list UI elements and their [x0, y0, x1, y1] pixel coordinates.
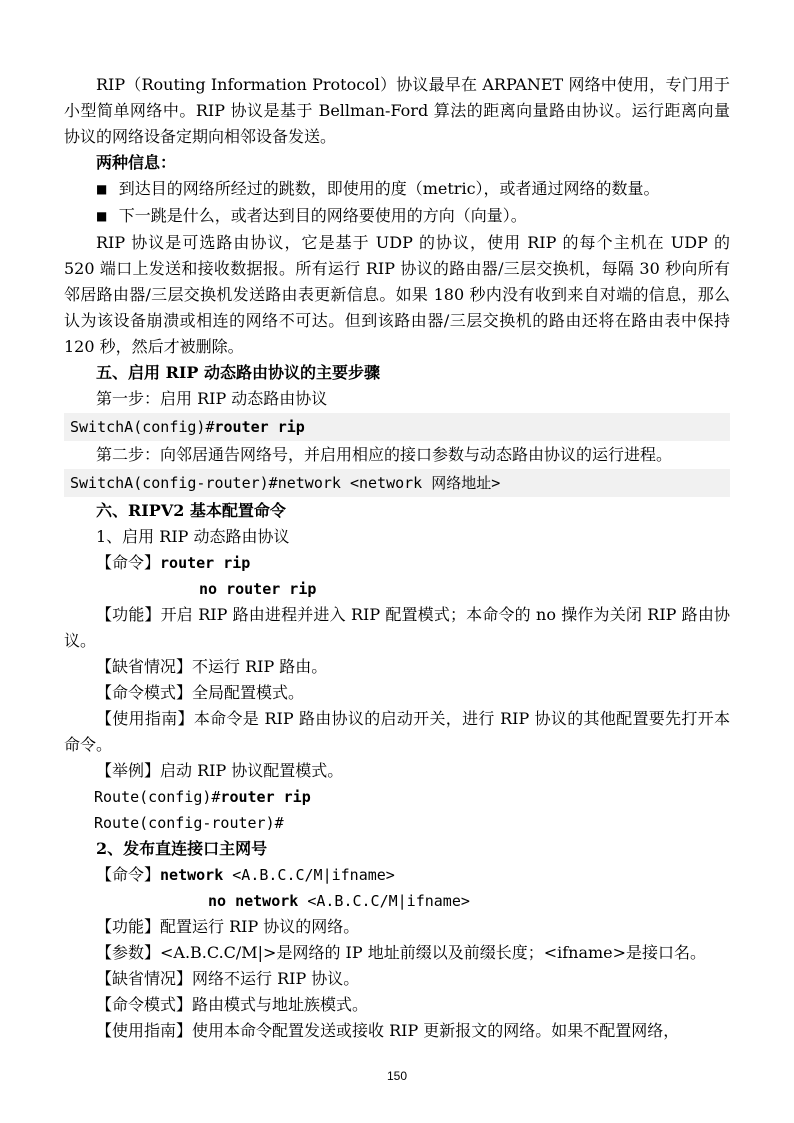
- default2-text: 【缺省情况】网络不运行 RIP 协议。: [64, 966, 730, 992]
- command-text: no network: [208, 892, 298, 910]
- para-rip-details: RIP 协议是可选路由协议，它是基于 UDP 的协议，使用 RIP 的每个主机在…: [64, 230, 730, 360]
- bullet-item-hops: ■到达目的网络所经过的跳数，即使用的度（metric），或者通过网络的数量。: [64, 176, 730, 203]
- heading-sub2: 2、发布直连接口主网号: [64, 836, 730, 862]
- command-router-rip: 【命令】router rip: [64, 550, 730, 576]
- command-label: 【命令】: [96, 865, 160, 884]
- command-arg: <A.B.C.C/M|ifname>: [298, 892, 470, 910]
- default1-text: 【缺省情况】不运行 RIP 路由。: [64, 654, 730, 680]
- code-line-switcha-network: SwitchA(config-router)#network <network …: [64, 469, 730, 497]
- bullet-text-hops: 到达目的网络所经过的跳数，即使用的度（metric），或者通过网络的数量。: [119, 179, 660, 198]
- heading-sub1: 1、启用 RIP 动态路由协议: [64, 524, 730, 550]
- function2-text: 【功能】配置运行 RIP 协议的网络。: [64, 914, 730, 940]
- command-no-network: no network <A.B.C.C/M|ifname>: [208, 888, 730, 914]
- command-network: 【命令】network <A.B.C.C/M|ifname>: [64, 862, 730, 888]
- code-line-route-config-router: Route(config-router)#: [94, 810, 730, 836]
- document-page: RIP（Routing Information Protocol）协议最早在 A…: [64, 72, 730, 1044]
- code-command: router rip: [215, 418, 305, 436]
- command-text: network: [160, 866, 223, 884]
- heading-two-kinds: 两种信息：: [64, 150, 730, 176]
- page-number: 150: [0, 1069, 794, 1083]
- code-line-route-config: Route(config)#router rip: [94, 784, 730, 810]
- step1-text: 第一步：启用 RIP 动态路由协议: [64, 386, 730, 412]
- command-arg: <A.B.C.C/M|ifname>: [223, 866, 395, 884]
- guide1-text: 【使用指南】本命令是 RIP 路由协议的启动开关，进行 RIP 协议的其他配置要…: [64, 706, 730, 758]
- command-no-router-rip: no router rip: [199, 576, 730, 602]
- guide2-text: 【使用指南】使用本命令配置发送或接收 RIP 更新报文的网络。如果不配置网络，: [64, 1018, 730, 1044]
- bullet-item-nexthop: ■下一跳是什么，或者达到目的网络要使用的方向（向量）。: [64, 203, 730, 230]
- mode1-text: 【命令模式】全局配置模式。: [64, 680, 730, 706]
- heading-section6: 六、RIPV2 基本配置命令: [64, 498, 730, 524]
- para-rip-intro: RIP（Routing Information Protocol）协议最早在 A…: [64, 72, 730, 150]
- params2-text: 【参数】<A.B.C.C/M|>是网络的 IP 地址前缀以及前缀长度；<ifna…: [64, 940, 730, 966]
- command-label: 【命令】: [96, 553, 160, 572]
- command-text: router rip: [160, 554, 250, 572]
- square-bullet-icon: ■: [96, 182, 107, 196]
- function1-text: 【功能】开启 RIP 路由进程并进入 RIP 配置模式；本命令的 no 操作为关…: [64, 602, 730, 654]
- square-bullet-icon: ■: [96, 209, 107, 223]
- heading-section5: 五、启用 RIP 动态路由协议的主要步骤: [64, 360, 730, 386]
- bullet-text-nexthop: 下一跳是什么，或者达到目的网络要使用的方向（向量）。: [119, 206, 527, 225]
- step2-text: 第二步：向邻居通告网络号，并启用相应的接口参数与动态路由协议的运行进程。: [64, 442, 730, 468]
- mode2-text: 【命令模式】路由模式与地址族模式。: [64, 992, 730, 1018]
- code-prompt: Route(config)#: [94, 788, 220, 806]
- example1-text: 【举例】启动 RIP 协议配置模式。: [64, 758, 730, 784]
- code-command: router rip: [220, 788, 310, 806]
- code-prompt: SwitchA(config)#: [70, 418, 215, 436]
- code-line-switcha-router-rip: SwitchA(config)#router rip: [64, 413, 730, 441]
